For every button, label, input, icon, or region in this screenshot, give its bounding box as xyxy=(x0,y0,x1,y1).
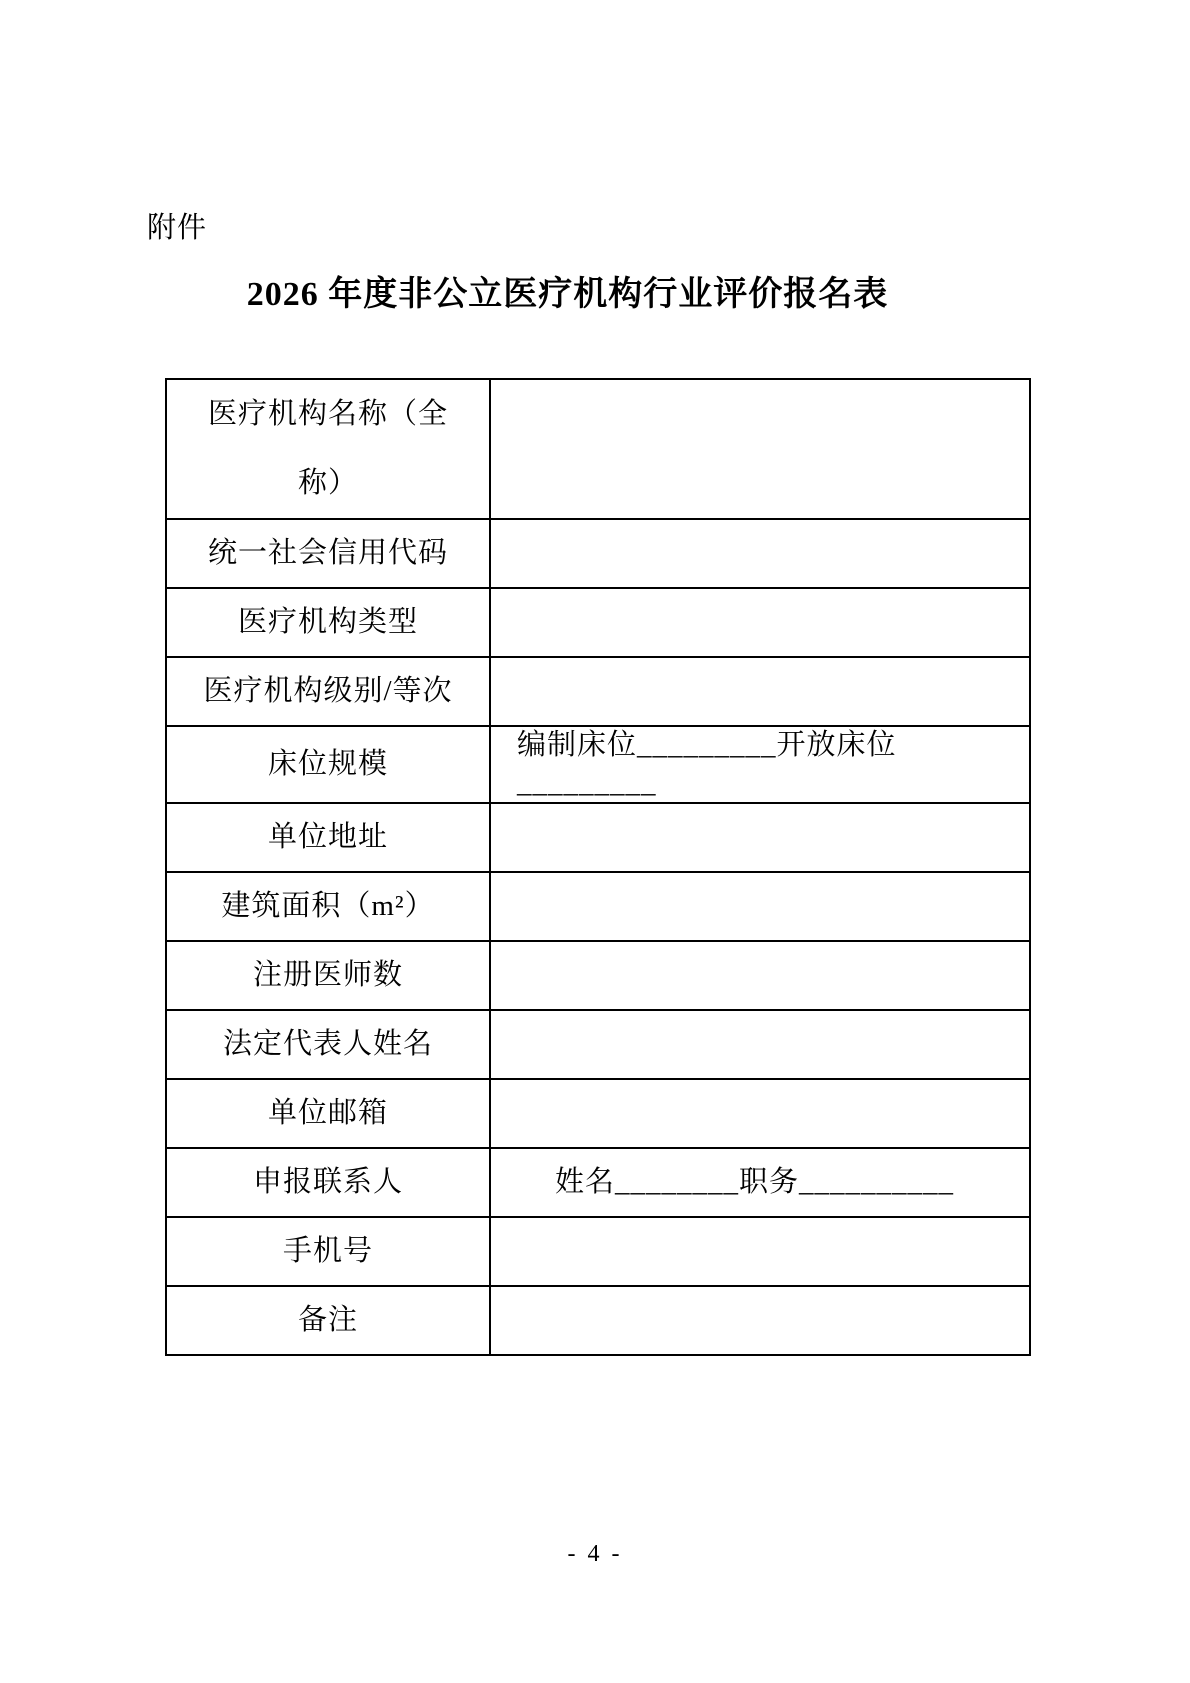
attachment-label: 附件 xyxy=(147,205,207,246)
field-label-cell: 单位地址 xyxy=(166,803,490,872)
field-label: 手机号 xyxy=(283,1235,373,1267)
field-label-cell: 统一社会信用代码 xyxy=(166,519,490,588)
field-label-cell: 建筑面积（m²） xyxy=(166,872,490,941)
field-label-cell: 法定代表人姓名 xyxy=(166,1010,490,1079)
form-table-body: 医疗机构名称（全称）统一社会信用代码医疗机构类型医疗机构级别/等次床位规模编制床… xyxy=(166,379,1030,1355)
field-label-cell: 医疗机构级别/等次 xyxy=(166,657,490,726)
document-page: 附件 2026 年度非公立医疗机构行业评价报名表 医疗机构名称（全称）统一社会信… xyxy=(0,0,1190,1683)
field-label: 统一社会信用代码 xyxy=(208,537,448,569)
field-label: 医疗机构级别/等次 xyxy=(203,675,452,707)
field-value-cell: 姓名________职务__________ xyxy=(490,1148,1030,1217)
form-row: 注册医师数 xyxy=(166,941,1030,1010)
form-row: 单位邮箱 xyxy=(166,1079,1030,1148)
field-label-cell: 床位规模 xyxy=(166,726,490,803)
field-label: 备注 xyxy=(298,1304,358,1336)
field-label: 单位邮箱 xyxy=(268,1097,388,1129)
form-row: 医疗机构级别/等次 xyxy=(166,657,1030,726)
field-label: 医疗机构名称（全称） xyxy=(199,380,457,518)
form-row: 手机号 xyxy=(166,1217,1030,1286)
field-label: 医疗机构类型 xyxy=(238,606,418,638)
field-label-cell: 医疗机构名称（全称） xyxy=(166,379,490,519)
field-value-cell xyxy=(490,1286,1030,1355)
field-label: 申报联系人 xyxy=(253,1166,403,1198)
field-value-cell xyxy=(490,872,1030,941)
document-title: 2026 年度非公立医疗机构行业评价报名表 xyxy=(160,266,975,315)
form-row: 床位规模编制床位_________开放床位_________ xyxy=(166,726,1030,803)
form-row: 医疗机构类型 xyxy=(166,588,1030,657)
field-label: 注册医师数 xyxy=(253,959,403,991)
field-value-cell xyxy=(490,1079,1030,1148)
field-label-cell: 单位邮箱 xyxy=(166,1079,490,1148)
form-row: 申报联系人姓名________职务__________ xyxy=(166,1148,1030,1217)
field-value-cell xyxy=(490,1010,1030,1079)
field-value-cell xyxy=(490,379,1030,519)
field-value-cell xyxy=(490,519,1030,588)
form-row: 统一社会信用代码 xyxy=(166,519,1030,588)
field-value-cell xyxy=(490,803,1030,872)
form-row: 单位地址 xyxy=(166,803,1030,872)
form-row: 医疗机构名称（全称） xyxy=(166,379,1030,519)
field-value-cell xyxy=(490,657,1030,726)
field-label-cell: 注册医师数 xyxy=(166,941,490,1010)
field-value-cell: 编制床位_________开放床位_________ xyxy=(490,726,1030,803)
field-label: 床位规模 xyxy=(268,748,388,780)
field-label-cell: 备注 xyxy=(166,1286,490,1355)
field-label-cell: 申报联系人 xyxy=(166,1148,490,1217)
field-label: 单位地址 xyxy=(268,821,388,853)
field-value: 编制床位_________开放床位_________ xyxy=(517,729,897,799)
form-row: 法定代表人姓名 xyxy=(166,1010,1030,1079)
form-row: 备注 xyxy=(166,1286,1030,1355)
page-number: - 4 - xyxy=(0,1541,1190,1568)
field-label-cell: 手机号 xyxy=(166,1217,490,1286)
field-value-cell xyxy=(490,1217,1030,1286)
field-value-cell xyxy=(490,941,1030,1010)
field-label: 法定代表人姓名 xyxy=(223,1028,433,1060)
form-row: 建筑面积（m²） xyxy=(166,872,1030,941)
registration-form-table: 医疗机构名称（全称）统一社会信用代码医疗机构类型医疗机构级别/等次床位规模编制床… xyxy=(165,378,1031,1356)
field-label: 建筑面积（m²） xyxy=(221,890,434,922)
field-value-cell xyxy=(490,588,1030,657)
field-value: 姓名________职务__________ xyxy=(555,1166,954,1198)
field-label-cell: 医疗机构类型 xyxy=(166,588,490,657)
